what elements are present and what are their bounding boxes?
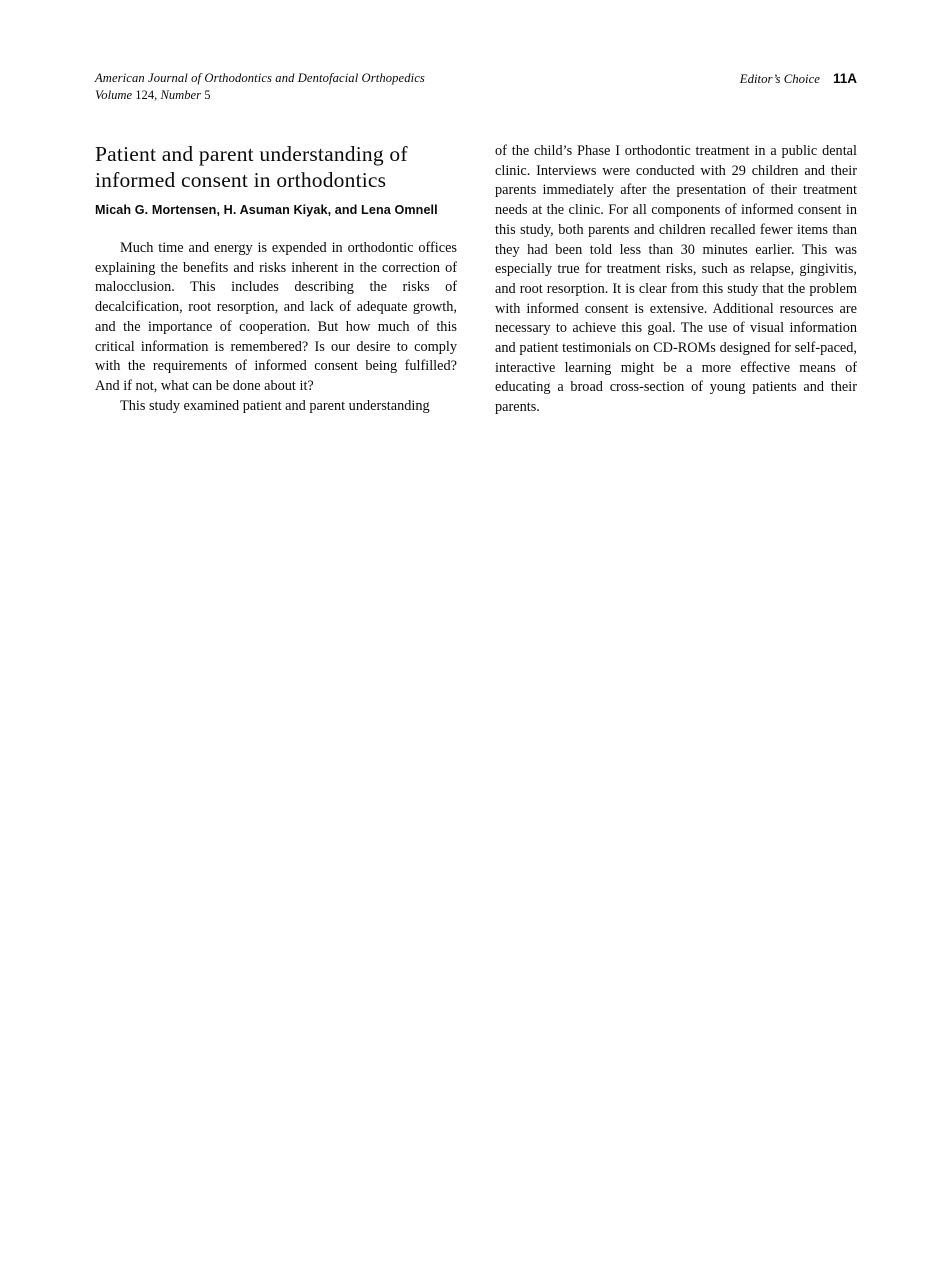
article-authors: Micah G. Mortensen, H. Asuman Kiyak, and…	[95, 203, 457, 218]
volume-label: Volume	[95, 88, 132, 102]
article-body: Patient and parent understanding of info…	[95, 141, 857, 418]
paragraph: of the child’s Phase I orthodontic treat…	[495, 142, 857, 418]
right-column: of the child’s Phase I orthodontic treat…	[495, 141, 857, 418]
volume-value: 124,	[135, 88, 157, 102]
article-title: Patient and parent understanding of info…	[95, 141, 457, 193]
paragraph: Much time and energy is expended in orth…	[95, 239, 457, 397]
journal-name: American Journal of Orthodontics and Den…	[95, 70, 425, 87]
left-column: Patient and parent understanding of info…	[95, 141, 457, 418]
journal-info: American Journal of Orthodontics and Den…	[95, 70, 425, 104]
section-title: Editor’s Choice	[740, 72, 820, 87]
journal-issue: Volume 124, Number 5	[95, 87, 425, 104]
paragraph: This study examined patient and parent u…	[95, 397, 457, 417]
running-head-right: Editor’s Choice 11A	[740, 71, 857, 87]
journal-page: American Journal of Orthodontics and Den…	[0, 0, 950, 1272]
running-head: American Journal of Orthodontics and Den…	[95, 70, 857, 104]
page-number: 11A	[833, 71, 857, 86]
number-value: 5	[204, 88, 210, 102]
number-label: Number	[160, 88, 201, 102]
